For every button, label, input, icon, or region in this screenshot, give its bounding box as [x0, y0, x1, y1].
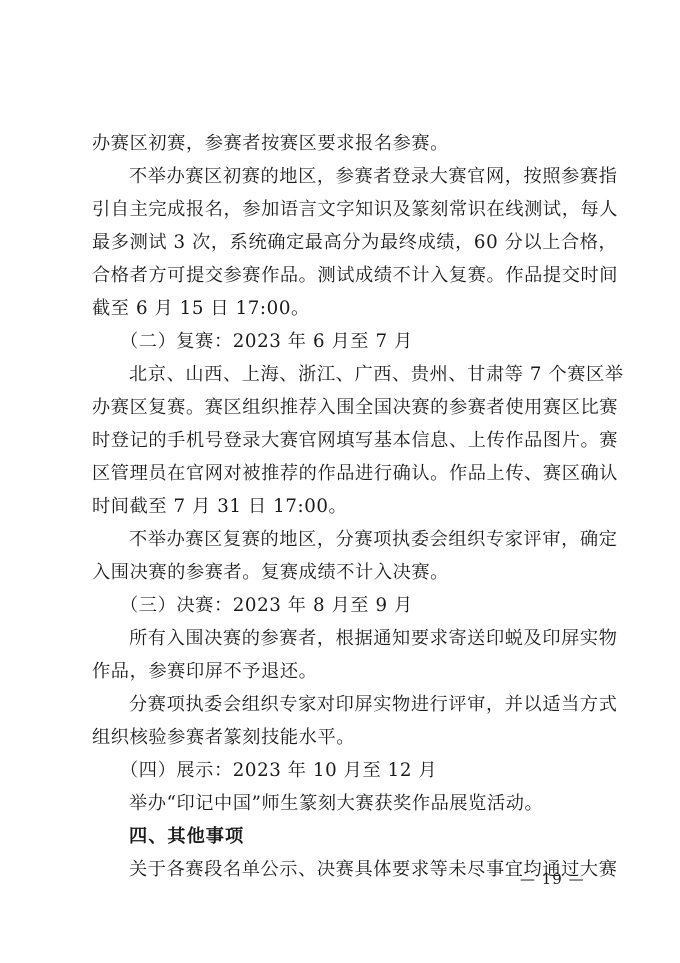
paragraph-line: 不举办赛区初赛的地区，参赛者登录大赛官网，按照参赛指	[129, 160, 598, 193]
document-page: 办赛区初赛，参赛者按赛区要求报名参赛。 不举办赛区初赛的地区，参赛者登录大赛官网…	[0, 0, 680, 963]
paragraph-line: 分赛项执委会组织专家对印屏实物进行评审，并以适当方式	[129, 688, 598, 721]
paragraph-line: 不举办赛区复赛的地区，分赛项执委会组织专家评审，确定	[129, 523, 598, 556]
paragraph-line: 入围决赛的参赛者。复赛成绩不计入决赛。	[92, 556, 598, 589]
paragraph-line: 时间截至 7 月 31 日 17:00。	[92, 490, 598, 523]
paragraph-line: 最多测试 3 次，系统确定最高分为最终成绩，60 分以上合格，	[92, 226, 598, 259]
section-heading-other-matters: 四、其他事项	[129, 820, 244, 853]
paragraph-line: 办赛区初赛，参赛者按赛区要求报名参赛。	[92, 127, 598, 160]
paragraph-line: 截至 6 月 15 日 17:00。	[92, 292, 598, 325]
paragraph-line: 作品，参赛印屏不予退还。	[92, 655, 598, 688]
paragraph-line: 组织核验参赛者篆刻技能水平。	[92, 721, 598, 754]
paragraph-line: 引自主完成报名，参加语言文字知识及篆刻常识在线测试，每人	[92, 193, 598, 226]
subsection-heading-final: （三）决赛：2023 年 8 月至 9 月	[120, 589, 413, 622]
paragraph-line: 北京、山西、上海、浙江、广西、贵州、甘肃等 7 个赛区举	[129, 358, 598, 391]
paragraph-line: 时登记的手机号登录大赛官网填写基本信息、上传作品图片。赛	[92, 424, 598, 457]
subsection-heading-semifinal: （二）复赛：2023 年 6 月至 7 月	[120, 325, 413, 358]
paragraph-line: 区管理员在官网对被推荐的作品进行确认。作品上传、赛区确认	[92, 457, 598, 490]
paragraph-line: 办赛区复赛。赛区组织推荐入围全国决赛的参赛者使用赛区比赛	[92, 391, 598, 424]
paragraph-line: 合格者方可提交参赛作品。测试成绩不计入复赛。作品提交时间	[92, 259, 598, 292]
paragraph-line: 举办“印记中国”师生篆刻大赛获奖作品展览活动。	[129, 787, 598, 820]
page-number: — 19 —	[520, 870, 585, 888]
paragraph-line: 所有入围决赛的参赛者，根据通知要求寄送印蜕及印屏实物	[129, 622, 598, 655]
subsection-heading-exhibition: （四）展示：2023 年 10 月至 12 月	[120, 754, 437, 787]
